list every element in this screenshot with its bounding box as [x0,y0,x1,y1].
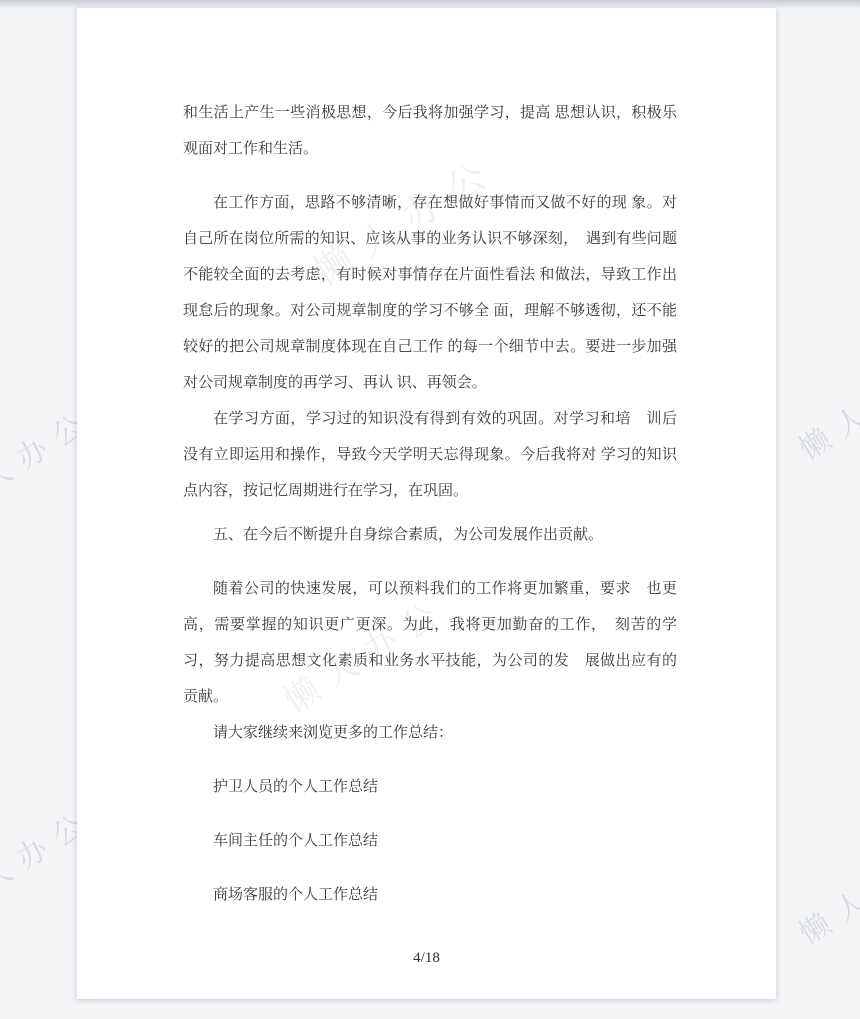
document-page: 和生活上产生一些消极思想，今后我将加强学习，提高 思想认识，积极乐观面对工作和生… [77,8,776,999]
document-paragraph: 请大家继续来浏览更多的工作总结： [183,715,677,751]
page-number-indicator: 4/18 [77,950,776,967]
document-paragraph: 商场客服的个人工作总结 [183,877,677,913]
document-paragraph: 随着公司的快速发展，可以预料我们的工作将更加繁重，要求 也更高，需要掌握的知识更… [183,571,677,715]
document-paragraph: 护卫人员的个人工作总结 [183,769,677,805]
document-paragraph: 五、在今后不断提升自身综合素质，为公司发展作出贡献。 [183,517,677,553]
document-viewer: 懒人办公 懒人办公 懒人办公 懒人办公 和生活上产生一些消极思想，今后我将加强学… [0,0,860,1019]
document-paragraph: 在学习方面，学习过的知识没有得到有效的巩固。对学习和培 训后没有立即运用和操作，… [183,401,677,509]
document-paragraph: 在工作方面，思路不够清晰，存在想做好事情而又做不好的现 象。对自己所在岗位所需的… [183,185,677,401]
document-paragraph: 和生活上产生一些消极思想，今后我将加强学习，提高 思想认识，积极乐观面对工作和生… [183,95,677,167]
watermark-text: 懒人办公 [789,827,860,953]
document-content: 和生活上产生一些消极思想，今后我将加强学习，提高 思想认识，积极乐观面对工作和生… [183,95,677,913]
document-paragraph: 车间主任的个人工作总结 [183,823,677,859]
watermark-text: 懒人办公 [789,342,860,468]
